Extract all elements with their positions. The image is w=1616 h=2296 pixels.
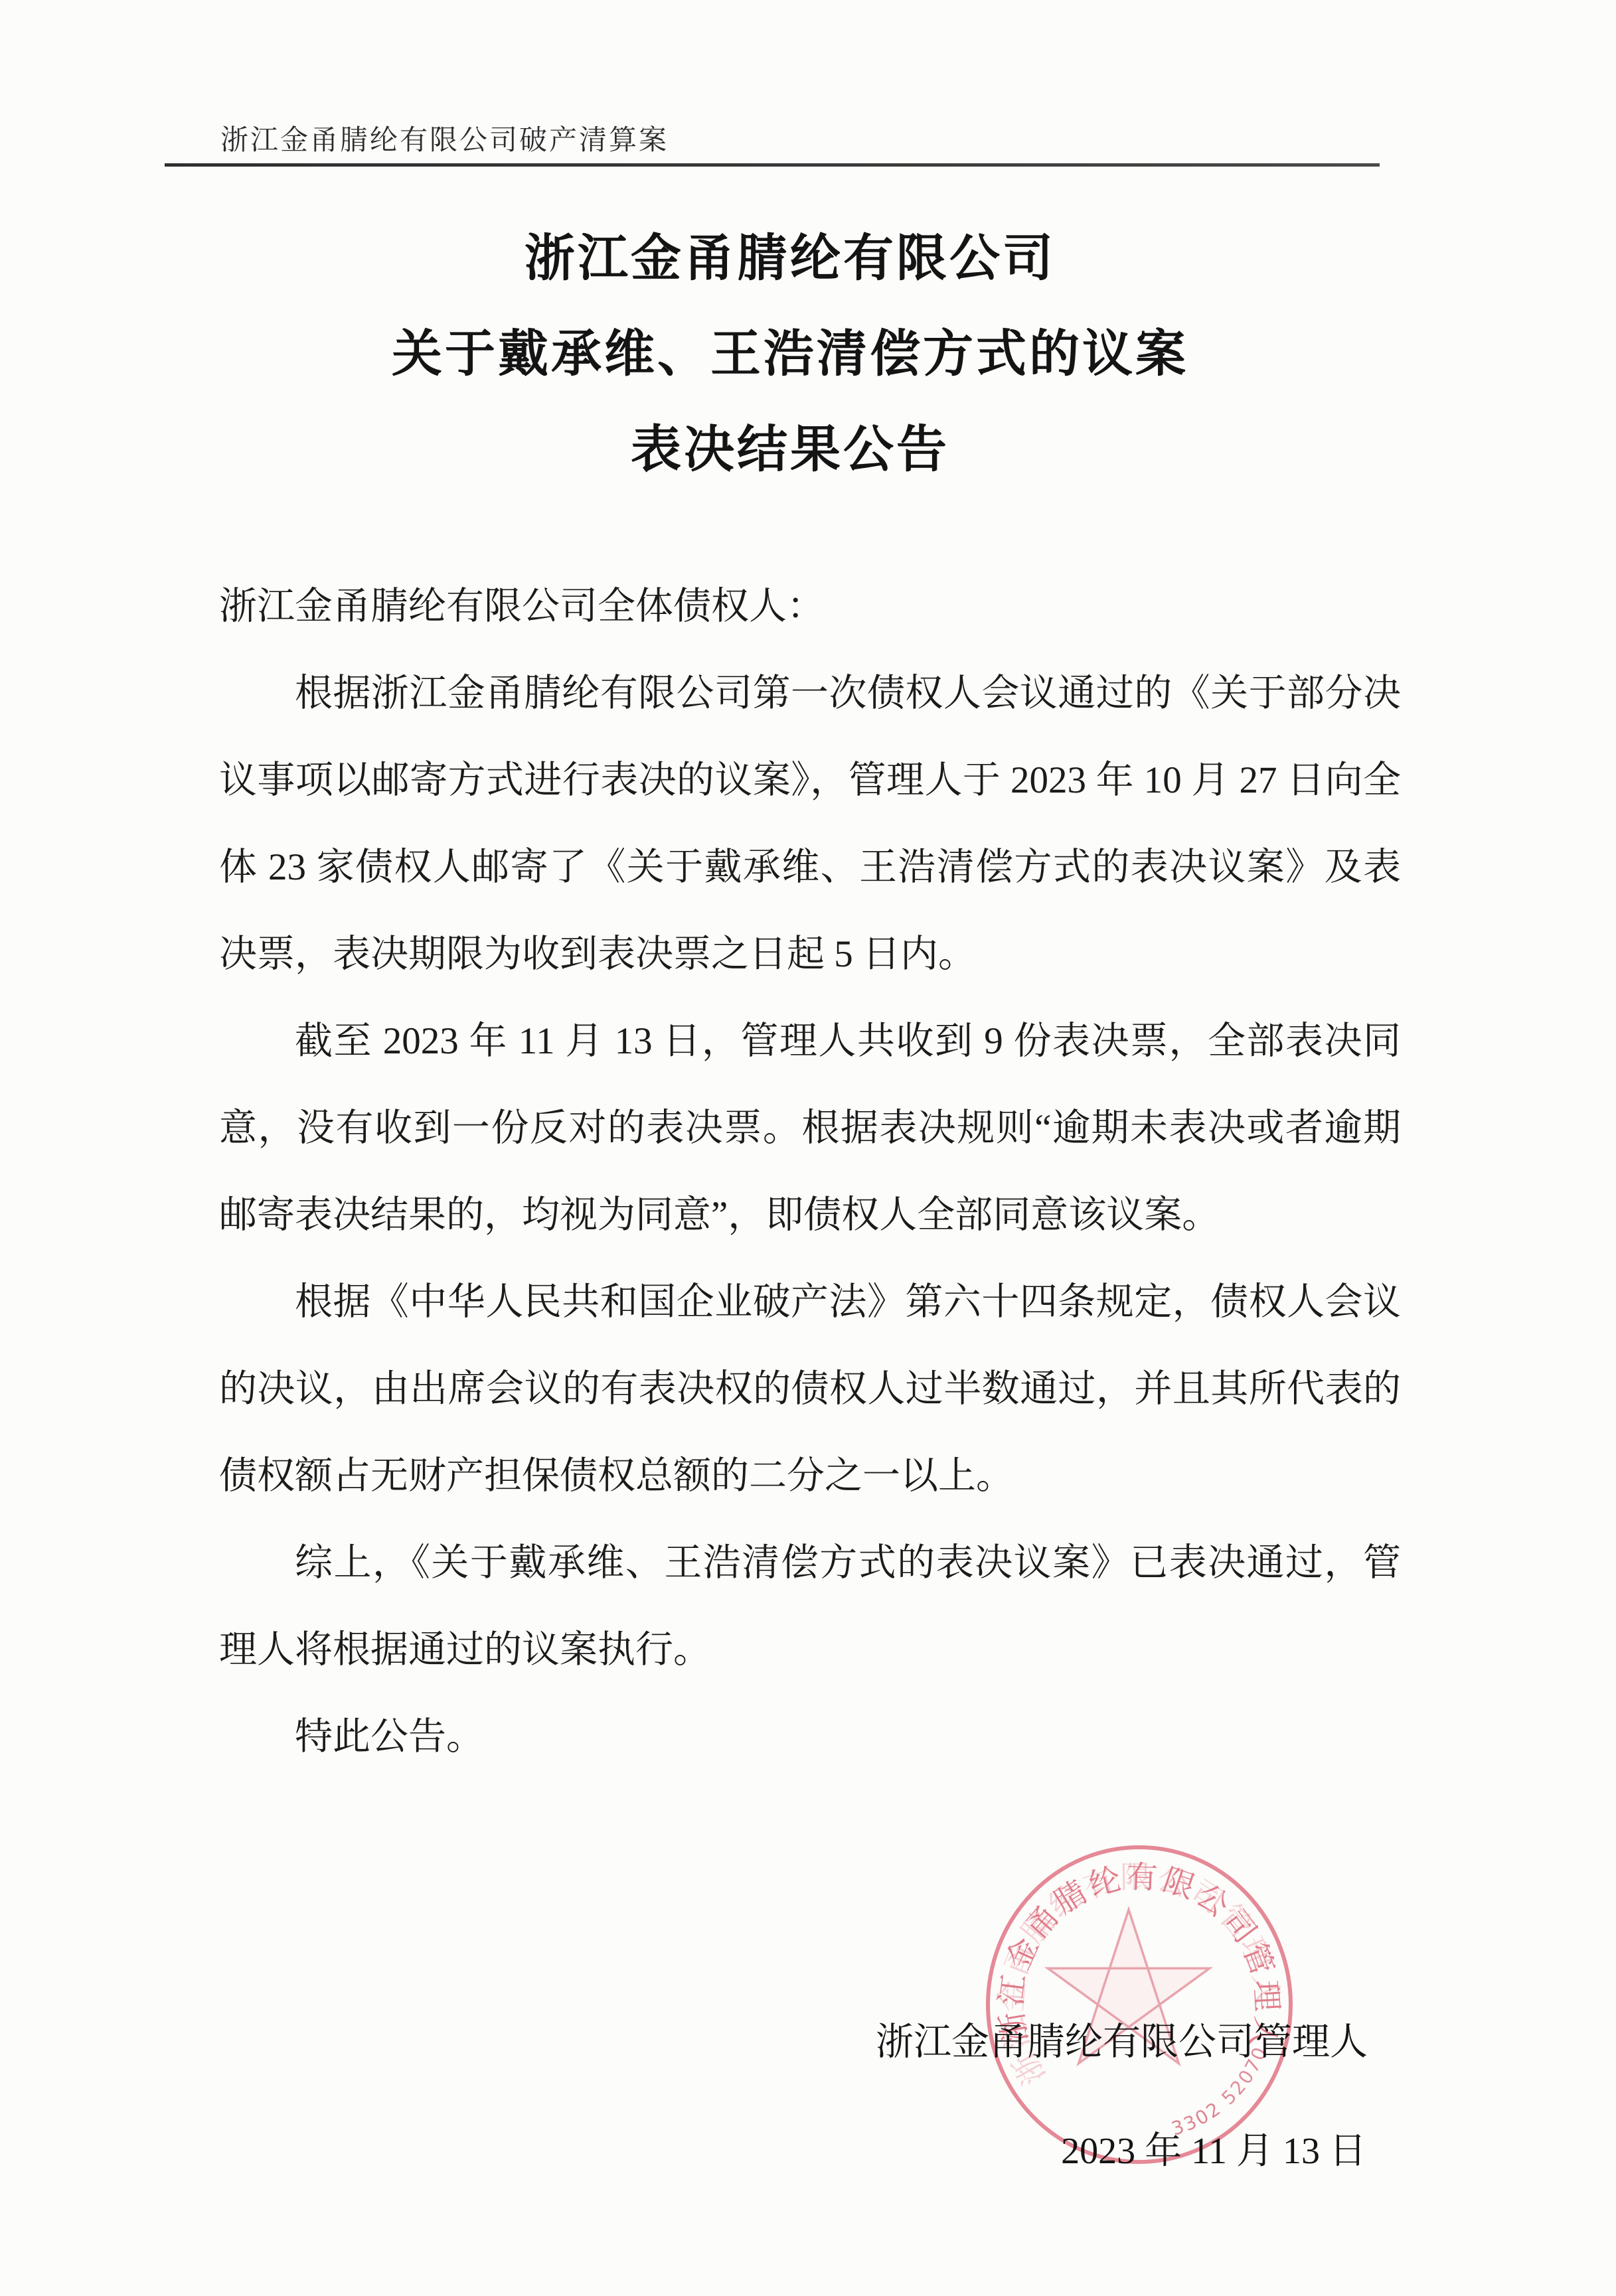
paragraph-2: 截至 2023 年 11 月 13 日，管理人共收到 9 份表决票，全部表决同意… (219, 998, 1401, 1259)
header-rule (165, 163, 1380, 167)
document-body: 浙江金甬腈纶有限公司全体债权人： 根据浙江金甬腈纶有限公司第一次债权人会议通过的… (219, 563, 1401, 1780)
title-company: 浙江金甬腈纶有限公司 (0, 234, 1580, 284)
document-page: 浙江金甬腈纶有限公司破产清算案 浙江金甬腈纶有限公司 关于戴承维、王浩清偿方式的… (0, 0, 1616, 2296)
paragraph-closing: 特此公告。 (219, 1693, 1401, 1780)
svg-text:3302: 3302 (1169, 2097, 1226, 2140)
paragraph-4: 综上，《关于戴承维、王浩清偿方式的表决议案》已表决通过，管理人将根据通过的议案执… (219, 1519, 1401, 1693)
company-seal-stamp-icon: 浙江金甬腈纶有限公司管理人 浙江金甬腈纶有限公司管理人 3302 52070 (983, 1844, 1296, 2165)
salutation: 浙江金甬腈纶有限公司全体债权人： (219, 563, 1401, 650)
paragraph-3: 根据《中华人民共和国企业破产法》第六十四条规定，债权人会议的决议，由出席会议的有… (219, 1259, 1401, 1519)
case-header-label: 浙江金甬腈纶有限公司破产清算案 (220, 118, 669, 158)
document-title: 浙江金甬腈纶有限公司 关于戴承维、王浩清偿方式的议案 表决结果公告 (0, 234, 1580, 520)
svg-text:52070: 52070 (1217, 2042, 1271, 2109)
paragraph-1: 根据浙江金甬腈纶有限公司第一次债权人会议通过的《关于部分决议事项以邮寄方式进行表… (219, 650, 1401, 998)
seal-star-icon (1048, 1910, 1209, 2064)
title-subject: 关于戴承维、王浩清偿方式的议案 (0, 329, 1580, 380)
seal-serial-right: 52070 (1217, 2042, 1271, 2109)
seal-serial-left: 3302 (1169, 2097, 1226, 2140)
title-doc-type: 表决结果公告 (0, 425, 1580, 475)
